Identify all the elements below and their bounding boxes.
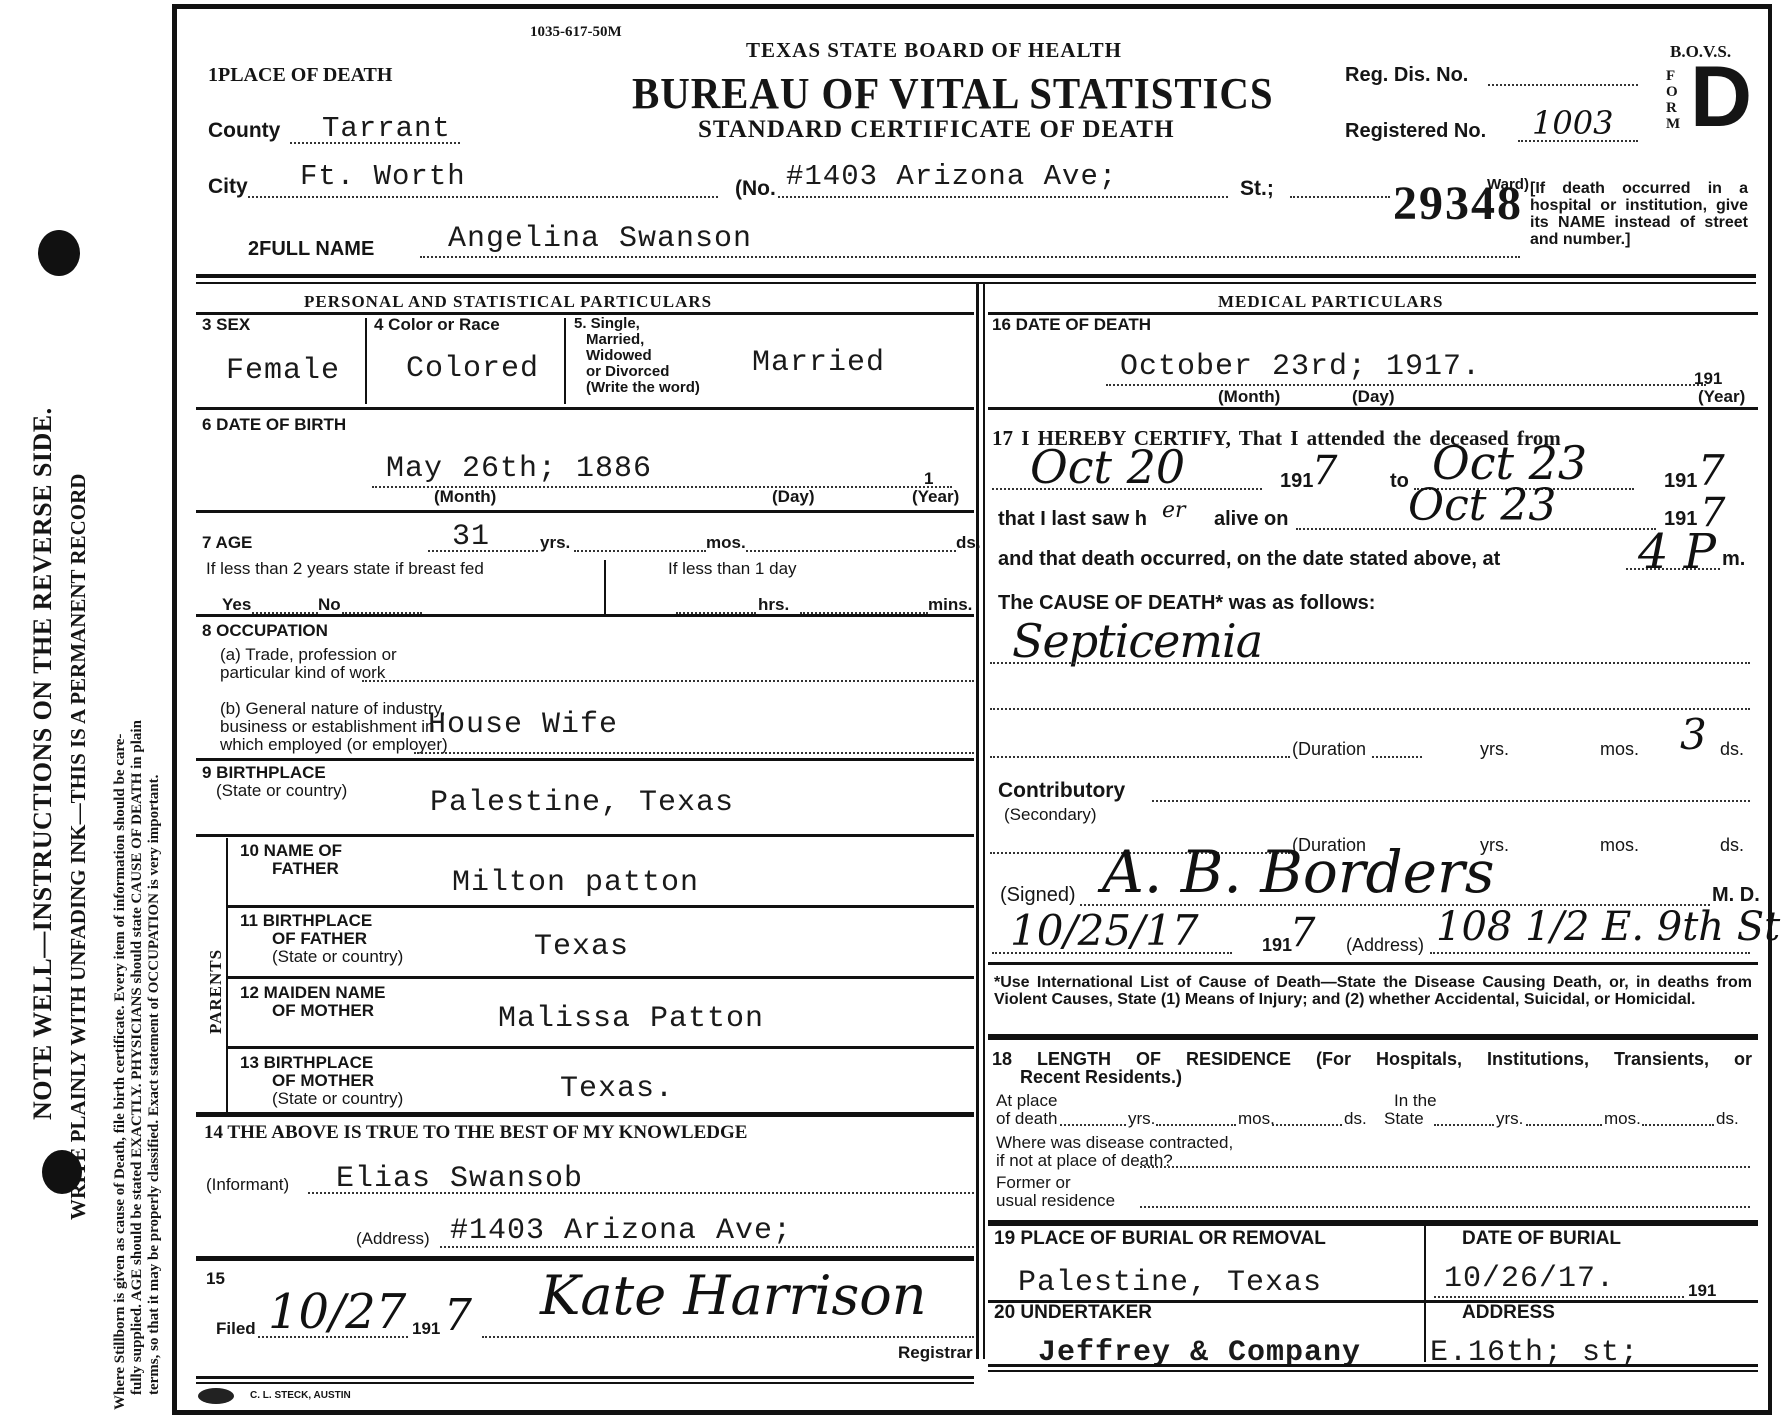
- dob-label: 6 DATE OF BIRTH: [202, 416, 346, 434]
- personal-section-title: PERSONAL AND STATISTICAL PARTICULARS: [304, 292, 712, 312]
- dod-month-caption: (Month): [1218, 388, 1280, 406]
- occupation-b-value: House Wife: [428, 708, 618, 742]
- alive-on-label: alive on: [1214, 510, 1288, 528]
- rule: [988, 1220, 1758, 1226]
- mother-name-label-line: OF MOTHER: [240, 1002, 385, 1020]
- where-contracted-label: Where was disease contracted, if not at …: [996, 1134, 1233, 1170]
- age-years-value: 31: [452, 520, 490, 554]
- contrib-ds-label: ds.: [1720, 836, 1744, 854]
- county-value: Tarrant: [322, 112, 451, 145]
- marital-label: 5. Single, Married, Widowed or Divorced …: [574, 316, 700, 396]
- father-birthplace-value: Texas: [534, 930, 629, 964]
- physician-address-field[interactable]: [1430, 952, 1750, 954]
- filed-year-suffix: 7: [444, 1290, 472, 1341]
- rule: [196, 510, 974, 513]
- where-contracted-field[interactable]: [1140, 1166, 1750, 1168]
- filed-year-prefix: 191: [412, 1320, 440, 1338]
- item-15-label: 15: [206, 1270, 225, 1288]
- cause-duration-yrs-field[interactable]: [1372, 756, 1422, 758]
- at-place-label-line: At place: [996, 1092, 1057, 1110]
- rule: [988, 1034, 1758, 1040]
- dob-year-prefix: 1: [924, 470, 933, 488]
- city-label: City: [208, 178, 248, 196]
- registered-label: Registered No.: [1345, 122, 1486, 140]
- state-yrs-field[interactable]: [1434, 1124, 1494, 1126]
- attended-from-year: 7: [1312, 448, 1337, 494]
- certificate-title: STANDARD CERTIFICATE OF DEATH: [698, 116, 1175, 144]
- cause-mos-label: mos.: [1600, 740, 1639, 758]
- county-label: County: [208, 122, 280, 140]
- to-label: to: [1390, 472, 1409, 490]
- former-residence-line: usual residence: [996, 1192, 1115, 1210]
- state-mos-label: mos.: [1604, 1110, 1641, 1128]
- marital-value: Married: [752, 346, 885, 380]
- occupation-a-field[interactable]: [362, 680, 974, 682]
- place-mos-field[interactable]: [1156, 1124, 1236, 1126]
- m-label: m.: [1722, 550, 1745, 568]
- dod-day-caption: (Day): [1352, 388, 1395, 406]
- instructions-line-3: terms, so that it may be properly classi…: [146, 775, 163, 1395]
- former-residence-field[interactable]: [1140, 1206, 1750, 1208]
- place-mos-label: mos.: [1238, 1110, 1275, 1128]
- undertaker-label: 20 UNDERTAKER: [994, 1304, 1152, 1322]
- burial-year-prefix: 191: [1688, 1282, 1716, 1300]
- ward-field[interactable]: [1290, 196, 1390, 198]
- instructions-line-2: fully supplied. AGE should be stated EXA…: [129, 720, 146, 1395]
- at-place-label-line: of death: [996, 1110, 1057, 1128]
- attended-from-value: Oct 20: [1030, 440, 1185, 494]
- city-value: Ft. Worth: [300, 160, 466, 193]
- rule: [988, 962, 1758, 965]
- attended-to-year: 7: [1698, 446, 1725, 495]
- board-title: TEXAS STATE BOARD OF HEALTH: [746, 38, 1122, 63]
- cause-ds-label: ds.: [1720, 740, 1744, 758]
- death-time-value: 4 P: [1638, 524, 1716, 580]
- rule: [228, 976, 974, 979]
- address-label: (Address): [356, 1230, 430, 1248]
- cause-value: Septicemia: [1012, 614, 1262, 668]
- contrib-mos-label: mos.: [1600, 836, 1639, 854]
- st-label: St.;: [1240, 180, 1274, 198]
- mother-birthplace-label-line: OF MOTHER: [240, 1072, 403, 1090]
- divider: [1424, 1226, 1426, 1362]
- form-code: 1035-617-50M: [530, 24, 622, 41]
- md-label: M. D.: [1712, 886, 1760, 904]
- hrs-label: hrs.: [758, 596, 789, 614]
- age-days-field[interactable]: [746, 550, 956, 552]
- state-yrs-label: yrs.: [1496, 1110, 1523, 1128]
- mother-name-value: Malissa Patton: [498, 1002, 764, 1036]
- reg-dis-label: Reg. Dis. No.: [1345, 66, 1468, 84]
- form-word-vertical: FORM: [1666, 68, 1680, 132]
- frame-right: [1768, 4, 1772, 1414]
- undertaker-address-label: ADDRESS: [1462, 1304, 1555, 1322]
- rule: [196, 614, 974, 617]
- rule: [196, 1256, 974, 1261]
- occupation-b-label: (b) General nature of industry, business…: [220, 700, 448, 754]
- marital-label-line: (Write the word): [574, 380, 700, 396]
- place-yrs-label: yrs.: [1128, 1110, 1155, 1128]
- medical-section-title: MEDICAL PARTICULARS: [1218, 292, 1443, 312]
- no-label: No: [318, 596, 341, 614]
- where-contracted-line: Where was disease contracted,: [996, 1134, 1233, 1152]
- signed-year-prefix: 191: [1262, 936, 1292, 954]
- dod-field[interactable]: [1106, 384, 1706, 386]
- form-letter: D: [1690, 52, 1752, 142]
- cause-line-1[interactable]: [990, 662, 1750, 664]
- rule: [228, 1046, 974, 1049]
- registrar-field[interactable]: [482, 1336, 974, 1338]
- informant-address-value: #1403 Arizona Ave;: [450, 1214, 792, 1248]
- former-residence-line: Former or: [996, 1174, 1115, 1192]
- mother-birthplace-label-line: 13 BIRTHPLACE: [240, 1054, 403, 1072]
- divider: [365, 318, 367, 404]
- filed-date-value: 10/27: [268, 1284, 406, 1340]
- birthplace-value: Palestine, Texas: [430, 786, 734, 820]
- dob-year-caption: (Year): [912, 488, 959, 506]
- marital-label-line: or Divorced: [574, 364, 700, 380]
- state-ds-label: ds.: [1716, 1110, 1739, 1128]
- father-birthplace-label: 11 BIRTHPLACE OF FATHER (State or countr…: [240, 912, 403, 966]
- signed-date-value: 10/25/17: [1010, 906, 1199, 955]
- rule: [988, 407, 1758, 410]
- informant-value: Elias Swansob: [336, 1162, 583, 1196]
- street-no-label: (No.: [735, 180, 776, 198]
- instructions-line-1: Where Stillborn is given as cause of Dea…: [112, 734, 129, 1410]
- registered-value: 1003: [1532, 104, 1613, 142]
- contributory-field[interactable]: [1152, 800, 1750, 802]
- residence-label: 18 LENGTH OF RESIDENCE (For Hospitals, I…: [992, 1050, 1752, 1086]
- column-divider-2: [983, 284, 985, 1359]
- last-saw-date-value: Oct 23: [1408, 480, 1556, 531]
- mother-birthplace-label-line: (State or country): [240, 1090, 403, 1108]
- cause-footnote: *Use International List of Cause of Deat…: [994, 974, 1752, 1008]
- yrs-label: yrs.: [540, 534, 570, 552]
- ds-label: ds.: [956, 534, 981, 552]
- physician-address-value: 108 1/2 E. 9th St: [1436, 904, 1780, 950]
- state-ds-field[interactable]: [1642, 1124, 1714, 1126]
- breast-fed-label: If less than 2 years state if breast fed: [206, 560, 484, 578]
- birthplace-label-line: 9 BIRTHPLACE: [202, 764, 347, 782]
- header-rule: [196, 274, 1756, 278]
- mother-name-label-line: 12 MAIDEN NAME: [240, 984, 385, 1002]
- occupation-label: 8 OCCUPATION: [202, 622, 328, 640]
- cause-yrs-label: yrs.: [1480, 740, 1509, 758]
- full-name-label: 2FULL NAME: [248, 240, 374, 258]
- death-occurred-label: and that death occurred, on the date sta…: [998, 550, 1500, 568]
- dod-year-prefix: 191: [1694, 370, 1722, 388]
- punch-hole-top: [38, 230, 80, 276]
- punch-hole-bottom: [42, 1150, 82, 1194]
- race-value: Colored: [406, 352, 539, 386]
- mos-label: mos.: [706, 534, 746, 552]
- father-birthplace-label-line: 11 BIRTHPLACE: [240, 912, 403, 930]
- residence-label-line: Recent Residents.): [992, 1068, 1752, 1086]
- in-state-label: In the State: [1384, 1092, 1437, 1128]
- frame-top: [172, 4, 1772, 9]
- hospital-note: [If death occurred in a hospital or inst…: [1530, 180, 1748, 248]
- last-saw-pronoun: er: [1162, 498, 1186, 523]
- full-name-value: Angelina Swanson: [448, 222, 752, 256]
- printer-mark: C. L. STECK, AUSTIN: [250, 1390, 351, 1402]
- rule: [988, 1364, 1758, 1367]
- dod-value: October 23rd; 1917.: [1120, 350, 1481, 384]
- state-mos-field[interactable]: [1526, 1124, 1602, 1126]
- column-divider: [976, 284, 979, 1359]
- registrar-label: Registrar: [898, 1344, 973, 1362]
- father-name-label: 10 NAME OF FATHER: [240, 842, 342, 878]
- age-months-field[interactable]: [574, 550, 706, 552]
- burial-date-value: 10/26/17.: [1444, 1262, 1615, 1296]
- note-well-text: NOTE WELL—INSTRUCTIONS ON THE REVERSE SI…: [28, 407, 58, 1120]
- father-birthplace-label-line: OF FATHER: [240, 930, 403, 948]
- yes-label: Yes: [222, 596, 251, 614]
- physician-signature: A. B. Borders: [1102, 838, 1494, 906]
- rule: [196, 1112, 974, 1117]
- less-than-day-label: If less than 1 day: [668, 560, 797, 578]
- frame-bottom: [172, 1410, 1772, 1415]
- marital-label-line: Widowed: [574, 348, 700, 364]
- filed-label: Filed: [216, 1320, 256, 1338]
- former-residence-label: Former or usual residence: [996, 1174, 1115, 1210]
- burial-place-value: Palestine, Texas: [1018, 1266, 1322, 1300]
- write-plainly-text: WRITE PLAINLY WITH UNFADING INK—THIS IS …: [66, 474, 91, 1220]
- attended-from-year-prefix: 191: [1280, 472, 1313, 490]
- dod-year-caption: (Year): [1698, 388, 1745, 406]
- dod-label: 16 DATE OF DEATH: [992, 316, 1151, 334]
- occupation-a-label: (a) Trade, profession or particular kind…: [220, 646, 397, 682]
- dob-month-caption: (Month): [434, 488, 496, 506]
- birthplace-label: 9 BIRTHPLACE (State or country): [202, 764, 347, 800]
- rule: [228, 905, 974, 908]
- sex-value: Female: [226, 354, 340, 388]
- marital-label-line: 5. Single,: [574, 316, 700, 332]
- contributory-label: Contributory: [998, 782, 1125, 800]
- occupation-b-line: business or establishment in: [220, 718, 448, 736]
- printer-logo-icon: [198, 1388, 234, 1404]
- age-label: 7 AGE: [202, 534, 252, 552]
- cause-label: The CAUSE OF DEATH* was as follows:: [998, 594, 1375, 612]
- cause-line-3[interactable]: [990, 756, 1290, 758]
- father-name-label-line: FATHER: [240, 860, 342, 878]
- sex-label: 3 SEX: [202, 316, 250, 334]
- divider: [604, 560, 606, 614]
- secondary-label: (Secondary): [1004, 806, 1097, 824]
- signed-label: (Signed): [1000, 886, 1076, 904]
- cause-duration-mos-value: 3: [1680, 710, 1707, 759]
- rule: [196, 407, 974, 410]
- bureau-title: BUREAU OF VITAL STATISTICS: [632, 68, 1274, 119]
- occupation-b-field[interactable]: [414, 752, 974, 754]
- father-name-label-line: 10 NAME OF: [240, 842, 342, 860]
- cause-line-2[interactable]: [990, 708, 1750, 710]
- rule: [196, 1376, 974, 1379]
- knowledge-label: 14 THE ABOVE IS TRUE TO THE BEST OF MY K…: [204, 1122, 747, 1144]
- dob-value: May 26th; 1886: [386, 452, 652, 486]
- in-state-label-line: In the: [1384, 1092, 1437, 1110]
- burial-date-label: DATE OF BURIAL: [1462, 1230, 1621, 1248]
- place-of-death-label: 1PLACE OF DEATH: [208, 64, 392, 87]
- place-ds-label: ds.: [1344, 1110, 1367, 1128]
- burial-date-field[interactable]: [1434, 1296, 1684, 1298]
- full-name-field[interactable]: [420, 256, 1520, 258]
- in-state-label-line: State: [1384, 1110, 1437, 1128]
- place-ds-field[interactable]: [1272, 1124, 1342, 1126]
- residence-label-line: 18 LENGTH OF RESIDENCE (For Hospitals, I…: [992, 1050, 1752, 1068]
- father-birthplace-label-line: (State or country): [240, 948, 403, 966]
- ward-label: Ward): [1487, 176, 1529, 194]
- rule: [988, 1370, 1758, 1372]
- reg-dis-field[interactable]: [1488, 84, 1638, 86]
- rule: [196, 834, 974, 837]
- rule: [196, 758, 974, 761]
- occupation-b-line: (b) General nature of industry,: [220, 700, 448, 718]
- dob-day-caption: (Day): [772, 488, 815, 506]
- street-field[interactable]: [778, 196, 1228, 198]
- rule: [196, 1382, 974, 1384]
- burial-place-label: 19 PLACE OF BURIAL OR REMOVAL: [994, 1230, 1326, 1248]
- signed-year-suffix: 7: [1290, 910, 1315, 956]
- attended-to-year-prefix: 191: [1664, 472, 1697, 490]
- father-name-value: Milton patton: [452, 866, 699, 900]
- city-field[interactable]: [248, 196, 718, 198]
- occupation-a-line: (a) Trade, profession or: [220, 646, 397, 664]
- mother-birthplace-label: 13 BIRTHPLACE OF MOTHER (State or countr…: [240, 1054, 403, 1108]
- last-saw-label: that I last saw h: [998, 510, 1147, 528]
- mother-birthplace-value: Texas.: [560, 1072, 674, 1106]
- at-place-label: At place of death: [996, 1092, 1057, 1128]
- birthplace-sub-label: (State or country): [202, 782, 347, 800]
- cause-duration-label: (Duration: [1292, 740, 1366, 758]
- marital-label-line: Married,: [574, 332, 700, 348]
- parents-label: PARENTS: [206, 949, 226, 1034]
- mother-name-label: 12 MAIDEN NAME OF MOTHER: [240, 984, 385, 1020]
- divider: [564, 318, 566, 404]
- race-label: 4 Color or Race: [374, 316, 500, 334]
- street-value: #1403 Arizona Ave;: [786, 160, 1117, 193]
- mins-label: mins.: [928, 596, 972, 614]
- place-yrs-field[interactable]: [1060, 1124, 1126, 1126]
- informant-label: (Informant): [206, 1176, 289, 1194]
- frame-left: [172, 6, 177, 1414]
- physician-address-label: (Address): [1346, 936, 1424, 954]
- registrar-signature: Kate Harrison: [540, 1264, 927, 1327]
